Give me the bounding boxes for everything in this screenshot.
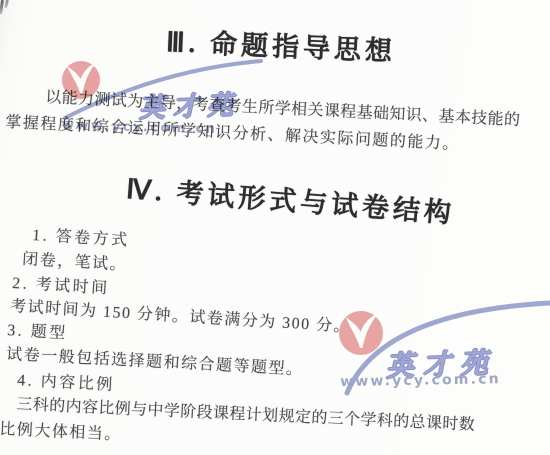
item1-label: 1. 答卷方式 [32,222,131,250]
item4-body-line2: 比例大体相当。 [0,416,122,445]
watermark-url-text: www.ycy.com.cn [340,371,501,390]
watermark-yingcaiyuan-2: 英才苑 www.ycy.com.cn [335,293,550,398]
item3-label: 3. 题型 [7,317,69,343]
scanned-document-page: Ⅲ. 命题指导思想 以能力测试为主导，考查考生所学相关课程基础知识、基本技能的 … [0,0,550,455]
watermark-yingcaiyuan-1: 英才苑 www.ycy.com.cn [55,52,270,147]
scan-artifact-corner [4,0,9,8]
section4-title: Ⅳ. 考试形式与试卷结构 [125,167,456,231]
watermark-brand-text: 英才苑 [138,84,241,125]
